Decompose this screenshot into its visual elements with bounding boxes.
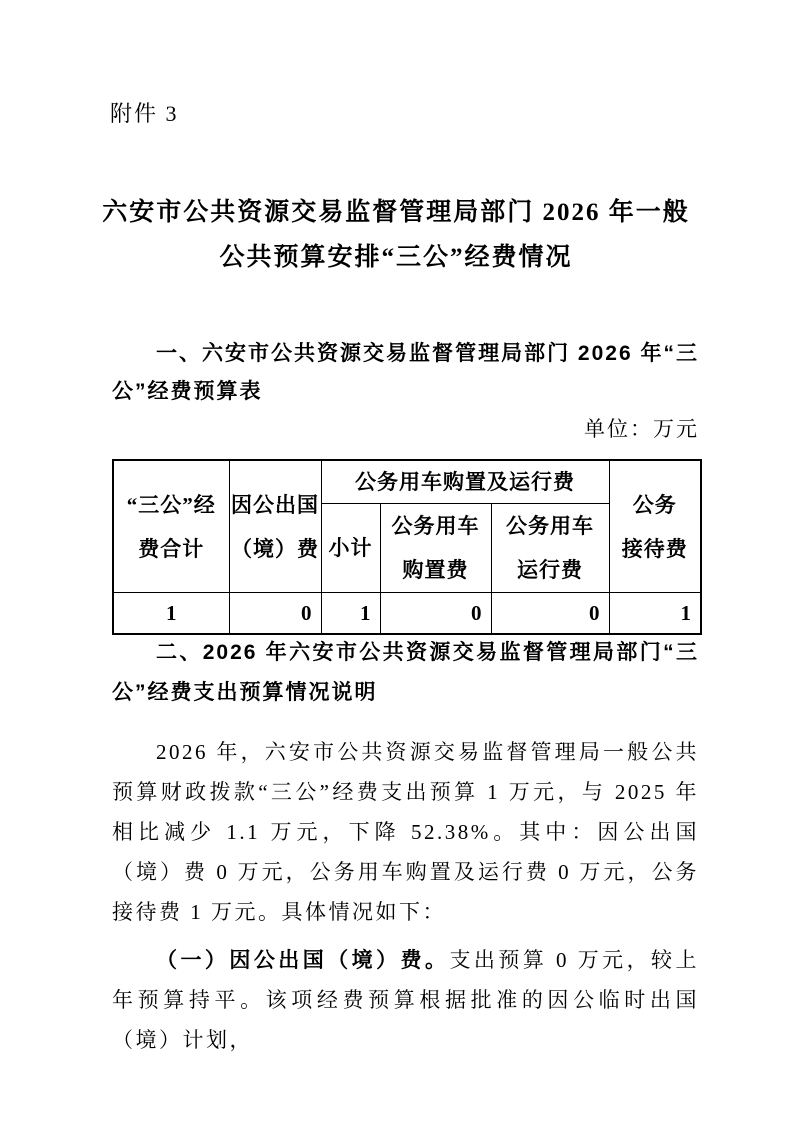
three-public-budget-table: “三公”经 费合计 因公出国 （境）费 公务用车购置及运行费 公务 接待费 小计…	[112, 459, 702, 635]
paragraph-abroad-detail: （一）因公出国（境）费。支出预算 0 万元，较上年预算持平。该项经费预算根据批准…	[112, 940, 699, 1060]
value-reception-expense: 1	[609, 593, 701, 635]
attachment-label: 附件 3	[110, 97, 179, 128]
col-header-vehicle-subtotal: 小计	[321, 504, 380, 593]
col-header-vehicle-group: 公务用车购置及运行费	[321, 460, 609, 504]
value-vehicle-subtotal: 1	[321, 593, 380, 635]
section1-heading: 一、六安市公共资源交易监督管理局部门 2026 年“三公”经费预算表	[112, 335, 699, 411]
col-header-three-public-total: “三公”经 费合计	[113, 460, 229, 593]
col-header-reception-expense: 公务 接待费	[609, 460, 701, 593]
paragraph-abroad-lead: （一）因公出国（境）费。	[156, 948, 449, 972]
value-vehicle-purchase: 0	[380, 593, 491, 635]
paragraph-summary: 2026 年，六安市公共资源交易监督管理局一般公共预算财政拨款“三公”经费支出预…	[112, 732, 699, 932]
unit-label: 单位：万元	[584, 413, 699, 443]
section2-heading: 二、2026 年六安市公共资源交易监督管理局部门“三公”经费支出预算情况说明	[112, 633, 699, 713]
value-abroad-expense: 0	[229, 593, 321, 635]
value-vehicle-operation: 0	[491, 593, 609, 635]
value-three-public-total: 1	[113, 593, 229, 635]
document-page: 附件 3 六安市公共资源交易监督管理局部门 2026 年一般公共预算安排“三公”…	[0, 0, 793, 1122]
col-header-vehicle-purchase: 公务用车 购置费	[380, 504, 491, 593]
col-header-abroad-expense: 因公出国 （境）费	[229, 460, 321, 593]
col-header-vehicle-operation: 公务用车 运行费	[491, 504, 609, 593]
table-row: 1 0 1 0 0 1	[113, 593, 701, 635]
document-title: 六安市公共资源交易监督管理局部门 2026 年一般公共预算安排“三公”经费情况	[96, 190, 696, 280]
